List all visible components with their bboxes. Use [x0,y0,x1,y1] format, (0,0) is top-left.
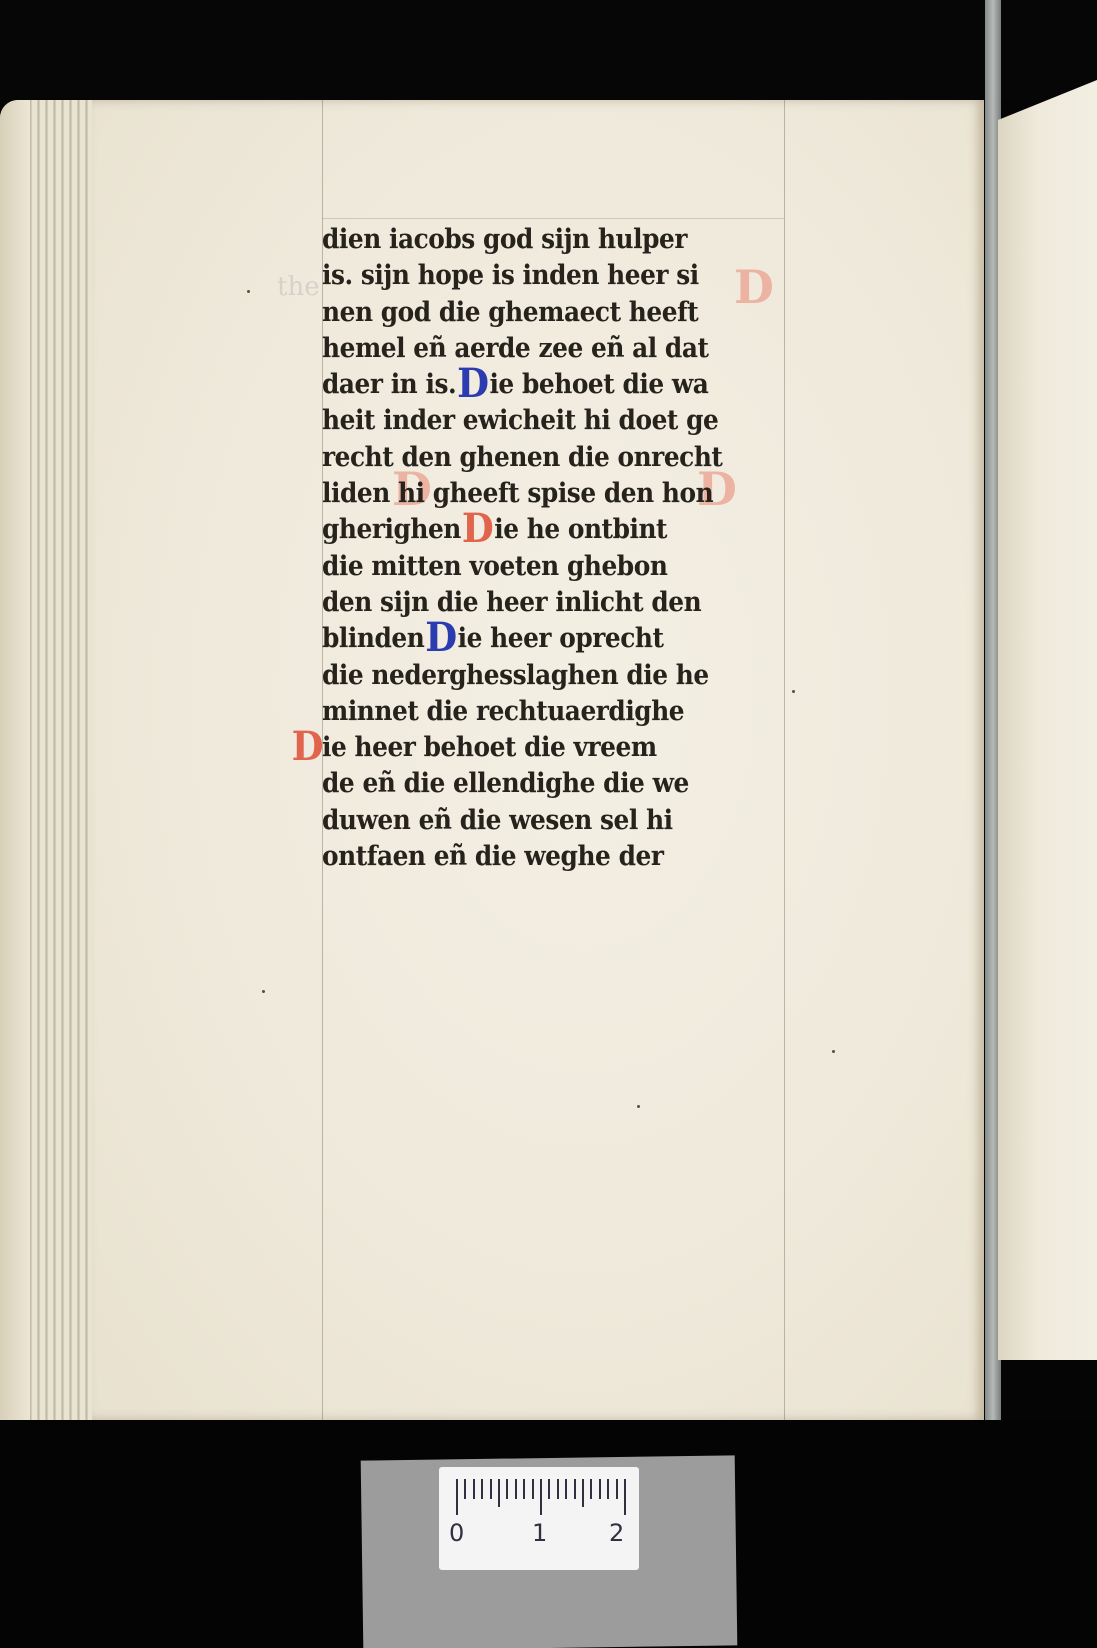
ruler-tick [532,1479,534,1499]
blue-initial: D [425,623,456,653]
ruler-tick [456,1479,458,1515]
ruler-tick [624,1479,626,1515]
page-stack-edges [0,100,100,1420]
show-through-text: the [277,272,320,302]
ruler-tick [582,1479,584,1507]
text-line: ontfaen eñ die weghe der [322,839,754,875]
text-line: Die heer behoet die vreem [322,730,754,766]
ruler-tick [565,1479,567,1499]
text-line: is. sijn hope is inden heer si [322,258,754,294]
parchment-spot [832,1050,835,1053]
ruler-tick [481,1479,483,1499]
scale-ruler: 0 1 2 [439,1467,639,1570]
parchment-spot [262,990,265,993]
red-initial-outdented: D [292,732,323,762]
text-line: den sijn die heer inlicht den [322,585,754,621]
ruler-tick [515,1479,517,1499]
ruler-tick [506,1479,508,1499]
ruler-tick [540,1479,542,1515]
ruler-tick [607,1479,609,1499]
text-line: daer in is.Die behoet die wa [322,367,754,403]
parchment-spot [792,690,795,693]
text-line: blindenDie heer oprecht [322,621,754,657]
ruler-tick [464,1479,466,1499]
text-line: die nederghesslaghen die he [322,658,754,694]
ruler-tick [574,1479,576,1499]
ruler-tick [616,1479,618,1499]
text-line: duwen eñ die wesen sel hi [322,803,754,839]
blue-initial: D [457,369,488,399]
text-line: hemel eñ aerde zee eñ al dat [322,331,754,367]
text-line: dien iacobs god sijn hulper [322,222,754,258]
ruler-label-0: 0 [449,1519,464,1547]
red-initial: D [462,514,493,544]
black-backdrop [0,0,1097,100]
text-line: de eñ die ellendighe die we [322,766,754,802]
ruler-label-1: 1 [532,1519,547,1547]
manuscript-text-block: dien iacobs god sijn hulper is. sijn hop… [322,222,792,875]
text-line: recht den ghenen die onrecht [322,440,754,476]
text-line: heit inder ewicheit hi doet ge [322,403,754,439]
text-line: minnet die rechtuaerdighe [322,694,754,730]
ruler-tick [490,1479,492,1499]
ruler-tick [548,1479,550,1499]
facing-page-edge [998,80,1097,1360]
text-line: die mitten voeten ghebon [322,549,754,585]
text-line: nen god die ghemaect heeft [322,295,754,331]
ruling-line-top [322,218,784,219]
ruler-tick [599,1479,601,1499]
text-line: liden hi gheeft spise den hon [322,476,754,512]
ruler-label-2: 2 [609,1519,624,1547]
ruler-tick [523,1479,525,1499]
ruler-tick [590,1479,592,1499]
ruler-tick [473,1479,475,1499]
parchment-spot [247,290,250,293]
parchment-spot [637,1105,640,1108]
ruler-tick [498,1479,500,1507]
text-line: gherighenDie he ontbint [322,512,754,548]
ruler-tick [557,1479,559,1499]
